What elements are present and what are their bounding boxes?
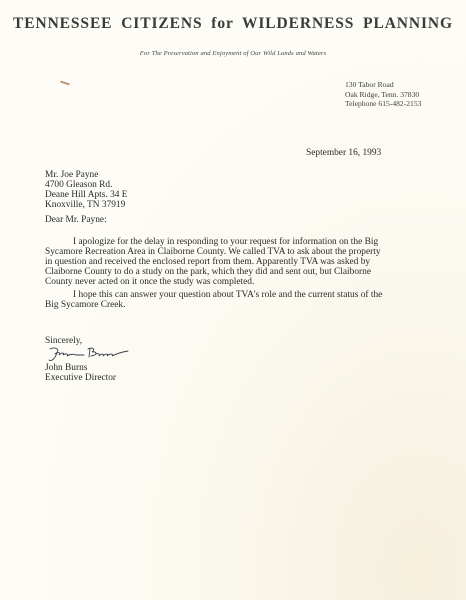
body-paragraph-2: I hope this can answer your question abo… [45, 291, 425, 311]
letterhead-address: 130 Tabor Road Oak Ridge, Tenn. 37830 Te… [345, 80, 421, 109]
address-phone: Telephone 615-482-2153 [345, 99, 421, 109]
ink-mark-decoration [60, 81, 70, 86]
body-line: County never acted on it once the study … [45, 278, 425, 288]
letter-date: September 16, 1993 [306, 148, 381, 158]
body-line: Big Sycamore Creek. [45, 301, 425, 311]
address-line: Oak Ridge, Tenn. 37830 [345, 90, 421, 100]
recipient-city: Knoxville, TN 37919 [45, 201, 128, 211]
letterhead-organization: TENNESSEE CITIZENS for WILDERNESS PLANNI… [0, 15, 466, 33]
address-line: 130 Tabor Road [345, 80, 421, 90]
letterhead-tagline: For The Preservation and Enjoyment of Ou… [0, 50, 466, 57]
salutation: Dear Mr. Payne: [45, 215, 107, 225]
signer-block: John Burns Executive Director [45, 364, 116, 384]
signer-title: Executive Director [45, 374, 116, 384]
letter-page: TENNESSEE CITIZENS for WILDERNESS PLANNI… [0, 0, 466, 600]
body-paragraph-1: I apologize for the delay in responding … [45, 238, 425, 288]
recipient-address: Mr. Joe Payne 4700 Gleason Rd. Deane Hil… [45, 171, 128, 211]
handwritten-signature [46, 345, 136, 365]
